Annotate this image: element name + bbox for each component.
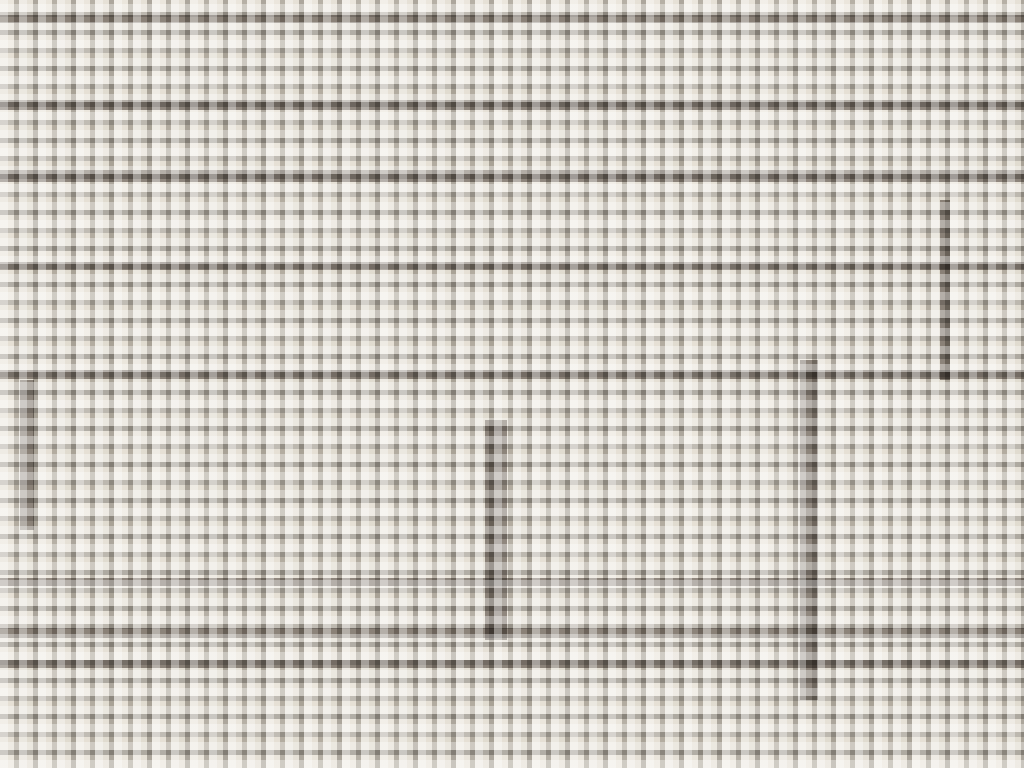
woven-fabric-photo [0,0,1024,768]
weave-highlights [0,0,1024,768]
